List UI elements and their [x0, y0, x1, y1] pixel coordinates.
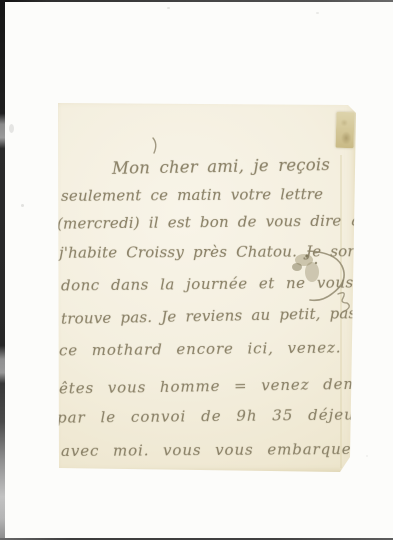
dust-speck [366, 455, 368, 457]
tape-mark [336, 112, 355, 148]
letter-line-9: par le convoi de 9h 35 déjeunez [57, 404, 384, 427]
dust-speck [21, 204, 24, 207]
letter-line-10: avec moi. vous vous embarquez [61, 439, 360, 461]
scan-edge-left [0, 0, 5, 540]
letter-line-4: j'habite Croissy près Chatou. Je sors [59, 241, 363, 263]
letter-line-2: seulement ce matin votre lettre [61, 184, 323, 206]
letter-line-3: (mercredi) il est bon de vous dire que [57, 210, 379, 233]
dust-speck [9, 124, 14, 133]
scanned-letter-page: Mon cher ami, je reçois seulement ce mat… [0, 0, 393, 540]
letter-line-1: Mon cher ami, je reçois [112, 155, 330, 179]
dust-speck [167, 7, 170, 9]
scan-edge-top [0, 0, 393, 2]
letter-line-7: ce mothard encore ici, venez. [59, 338, 342, 361]
pen-tick [153, 138, 156, 153]
letter-line-5: donc dans la journée et ne vous [61, 272, 354, 295]
letter-paper: Mon cher ami, je reçois seulement ce mat… [57, 100, 358, 475]
dust-speck [316, 12, 319, 14]
